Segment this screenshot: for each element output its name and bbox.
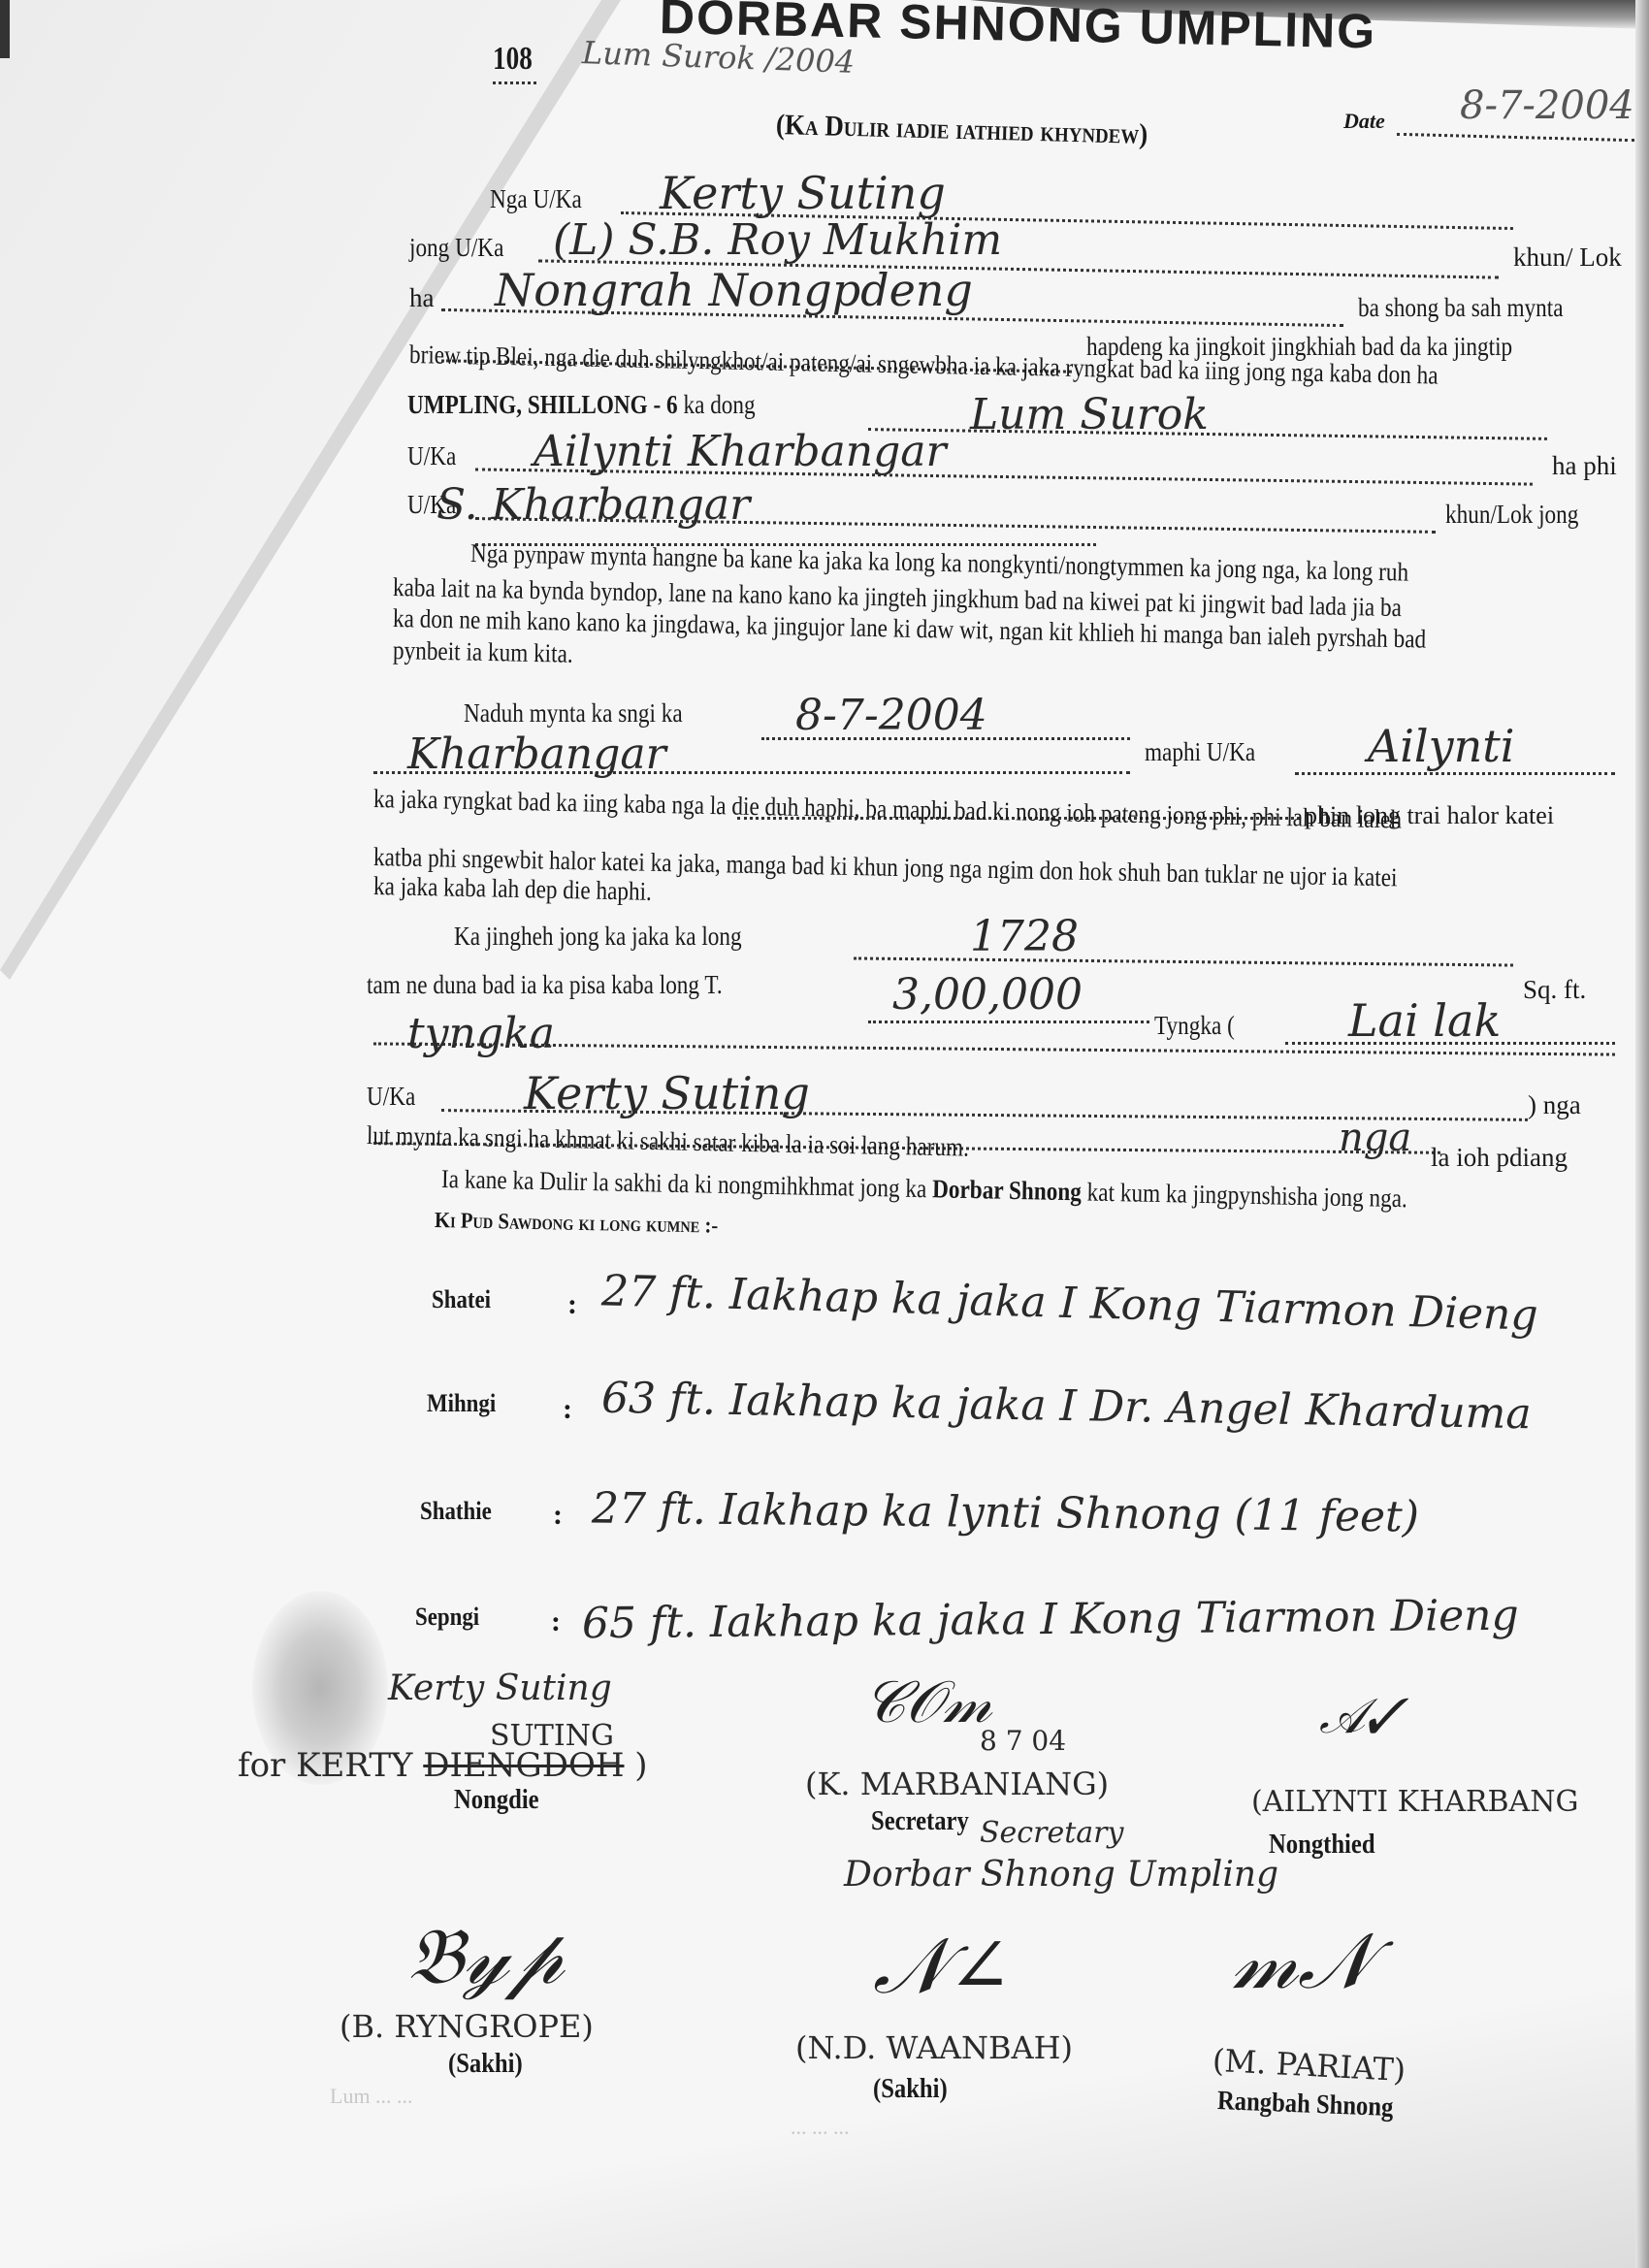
secretary-stamp-role: Secretary (980, 1816, 1123, 1850)
line2-label: jong U/Ka (409, 233, 503, 263)
secretary-name: (K. MARBANIANG) (805, 1766, 1109, 1802)
witness-rest: kat kum ka jingpynshisha jong nga. (1086, 1178, 1407, 1214)
date-value: 8-7-2004 (1460, 83, 1634, 128)
witness1-role: (Sakhi) (448, 2049, 523, 2080)
buyer-printed-name: (AILYNTI KHARBANG (1251, 1785, 1578, 1819)
headman-signature: 𝓂𝒩 (1232, 1916, 1373, 2007)
line1-label: Nga U/Ka (490, 184, 582, 214)
boundary-text: 27 ft. Iakhap ka jaka I Kong Tiarmon Die… (600, 1266, 1538, 1340)
line7-suffix: ha phi (1552, 451, 1617, 481)
seller-name-struck: DIENGDOH (423, 1746, 624, 1785)
buyer-surname: Kharbangar (407, 729, 666, 779)
witness-org: Dorbar Shnong (932, 1174, 1082, 1206)
area-label: Ka jingheh jong ka jaka ka long (454, 922, 742, 952)
address-bold: UMPLING, SHILLONG - 6 (407, 390, 678, 419)
boundary-text: 27 ft. Iakhap ka lynti Shnong (11 feet) (592, 1484, 1419, 1542)
area-value: 1728 (970, 912, 1079, 961)
date-label: Date (1343, 109, 1385, 134)
para1-line4: pynbeit ia kum kita. (393, 635, 573, 669)
witness2-name: (N.D. WAANBAH) (795, 2029, 1073, 2066)
secretary-signature: 𝒞𝒪𝓂 (863, 1669, 991, 1736)
witness2-signature: 𝒩∠ (873, 1921, 1013, 2012)
boundary-text: 63 ft. Iakhap ka jaka I Dr. Angel Khardu… (601, 1374, 1532, 1440)
buyer-role: Nongthied (1269, 1830, 1375, 1861)
payer-label: U/Ka (367, 1082, 415, 1112)
seller-parent: (L) S.B. Roy Mukhim (553, 215, 1002, 265)
boundary-direction: Mihngi (427, 1389, 496, 1418)
price-words-1: Lai lak (1348, 994, 1501, 1047)
boundary-direction: Sepngi (415, 1603, 479, 1632)
boundary-direction: Shatei (432, 1285, 491, 1314)
land-sale-deed: DORBAR SHNONG UMPLING 108 Lum Surok /200… (0, 0, 1649, 2268)
boundary-direction: Shathie (420, 1497, 492, 1526)
buyer-signature: 𝒜✓ (1319, 1688, 1402, 1745)
line9-label: Naduh mynta ka sngi ka (464, 698, 683, 729)
line9-mid: maphi U/Ka (1145, 737, 1255, 767)
area-unit: Sq. ft. (1523, 975, 1586, 1005)
payer-suffix: ) nga (1528, 1090, 1581, 1120)
line3-label: ha (409, 283, 434, 313)
buyer-first-name: Ailynti (1368, 720, 1514, 772)
ref-number: 108 (493, 41, 533, 78)
payer-name: Kerty Suting (524, 1067, 810, 1119)
boundaries-heading: Ki Pud Sawdong ki long kumne :- (435, 1208, 719, 1239)
faded-stamp-1: Lum ... ... (330, 2084, 413, 2109)
buyer-parent: S. Kharbangar (436, 480, 750, 530)
headman-role: Rangbah Shnong (1217, 2086, 1394, 2123)
para2-line1: ka jaka ryngkat bad ka iing kaba nga la … (373, 784, 1402, 835)
price-value: 3,00,000 (892, 970, 1083, 1020)
line3-suffix: ba shong ba sah mynta (1358, 293, 1564, 323)
witness2-role: (Sakhi) (873, 2074, 948, 2105)
line7-label: U/Ka (407, 441, 456, 471)
secretary-role: Secretary (871, 1806, 969, 1837)
buyer-name: Ailynti Kharbangar (533, 427, 947, 476)
seller-address: Nongrah Nongpdeng (495, 264, 973, 316)
seller-role: Nongdie (454, 1785, 539, 1816)
para2-suffix: phin long trai halor katei (1305, 801, 1554, 830)
headman-name: (M. PARIAT) (1212, 2042, 1406, 2089)
price-mid: Tyngka ( (1154, 1011, 1235, 1041)
seller-name-prefix: for KERTY (238, 1746, 412, 1785)
para2-line3: ka jaka kaba lah dep die haphi. (373, 871, 652, 907)
seller-name: Kerty Suting (660, 167, 946, 219)
price-label: tam ne duna bad ia ka pisa kaba long T. (367, 970, 723, 1000)
line6-label: ka dong (683, 390, 755, 419)
received-text: lut mynta ka sngi ha khmat ki sakhi sata… (367, 1120, 969, 1163)
received-value: nga (1339, 1116, 1411, 1160)
faded-stamp-2: ... ... ... (791, 2115, 850, 2140)
witness1-name: (B. RYNGROPE) (339, 2008, 594, 2045)
line8-suffix: khun/Lok jong (1445, 500, 1578, 530)
witness1-signature: 𝔅𝓎𝓅 (407, 1911, 564, 2002)
secretary-stamp-org: Dorbar Shnong Umpling (844, 1855, 1278, 1895)
seller-signature: Kerty Suting (388, 1669, 612, 1708)
form-subtitle: (Ka Dulir iadie iathied khyndew) (776, 109, 1148, 151)
secretary-sign-date: 8 7 04 (980, 1725, 1066, 1757)
line2-suffix: khun/ Lok (1513, 243, 1622, 273)
boundary-text: 65 ft. Iakhap ka jaka I Kong Tiarmon Die… (582, 1591, 1519, 1648)
locality-value: Lum Surok (970, 390, 1209, 439)
received-suffix: la ioh pdiang (1431, 1143, 1568, 1173)
effective-date: 8-7-2004 (795, 691, 987, 740)
witness-text: Ia kane ka Dulir la sakhi da ki nongmihk… (441, 1164, 927, 1203)
price-words-2: tyngka (407, 1009, 555, 1058)
